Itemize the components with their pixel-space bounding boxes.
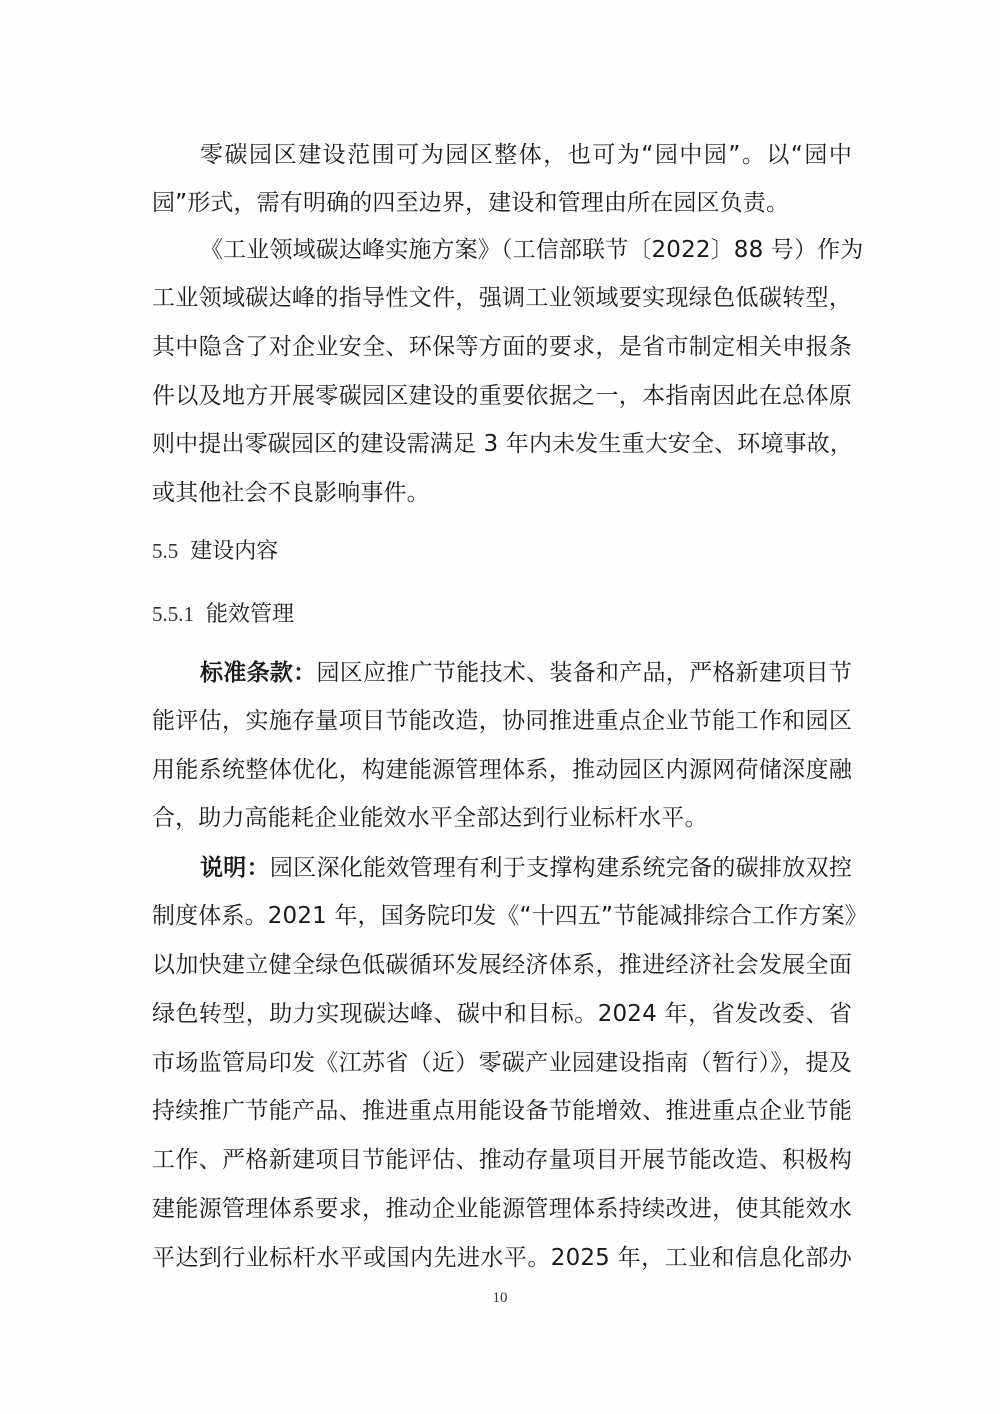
section-heading-5-5: 5.5建设内容 <box>152 536 278 567</box>
text-line: 能评估，实施存量项目节能改造，协同推进重点企业节能工作和园区 <box>152 706 852 736</box>
section-number: 5.5 <box>152 539 178 563</box>
document-page: 零碳园区建设范围可为园区整体，也可为“园中园”。以“园中 园”形式，需有明确的四… <box>0 0 1000 1414</box>
text-line: 持续推广节能产品、推进重点用能设备节能增效、推进重点企业节能 <box>152 1096 852 1126</box>
text-line: 用能系统整体优化，构建能源管理体系，推动园区内源网荷储深度融 <box>152 755 852 785</box>
text-line: 标准条款：园区应推广节能技术、装备和产品，严格新建项目节 <box>200 658 852 688</box>
section-title: 能效管理 <box>206 602 294 627</box>
text-line: 制度体系。2021 年，国务院印发《“十四五”节能减排综合工作方案》 <box>152 901 852 931</box>
clause-label: 标准条款： <box>200 660 316 686</box>
section-title: 建设内容 <box>190 539 278 564</box>
page-number: 10 <box>0 1290 1000 1307</box>
text-line: 其中隐含了对企业安全、环保等方面的要求，是省市制定相关申报条 <box>152 332 852 362</box>
text-line: 则中提出零碳园区的建设需满足 3 年内未发生重大安全、环境事故， <box>152 429 852 459</box>
text-line: 合，助力高能耗企业能效水平全部达到行业标杆水平。 <box>152 803 852 833</box>
text-line: 工业领域碳达峰的指导性文件，强调工业领域要实现绿色低碳转型， <box>152 283 852 313</box>
text-line: 建能源管理体系要求，推动企业能源管理体系持续改进，使其能效水 <box>152 1194 852 1224</box>
explanation-label: 说明： <box>200 855 270 881</box>
text-line: 或其他社会不良影响事件。 <box>152 478 852 508</box>
text-line: 绿色转型，助力实现碳达峰、碳中和目标。2024 年，省发改委、省 <box>152 999 852 1029</box>
text-line: 以加快建立健全绿色低碳循环发展经济体系，推进经济社会发展全面 <box>152 950 852 980</box>
section-heading-5-5-1: 5.5.1能效管理 <box>152 599 294 630</box>
text-line: 工作、严格新建项目节能评估、推动存量项目开展节能改造、积极构 <box>152 1145 852 1175</box>
clause-text: 园区应推广节能技术、装备和产品，严格新建项目节 <box>316 660 852 686</box>
section-number: 5.5.1 <box>152 602 194 626</box>
explanation-text: 园区深化能效管理有利于支撑构建系统完备的碳排放双控 <box>270 855 852 881</box>
text-line: 平达到行业标杆水平或国内先进水平。2025 年，工业和信息化部办 <box>152 1243 852 1273</box>
text-line: 市场监管局印发《江苏省（近）零碳产业园建设指南（暂行）》，提及 <box>152 1048 852 1078</box>
text-line: 零碳园区建设范围可为园区整体，也可为“园中园”。以“园中 <box>200 140 852 170</box>
text-line: 园”形式，需有明确的四至边界，建设和管理由所在园区负责。 <box>152 188 852 218</box>
text-line: 《工业领域碳达峰实施方案》（工信部联节〔2022〕88 号）作为 <box>200 235 852 265</box>
text-line: 件以及地方开展零碳园区建设的重要依据之一，本指南因此在总体原 <box>152 381 852 411</box>
text-line: 说明：园区深化能效管理有利于支撑构建系统完备的碳排放双控 <box>200 853 852 883</box>
